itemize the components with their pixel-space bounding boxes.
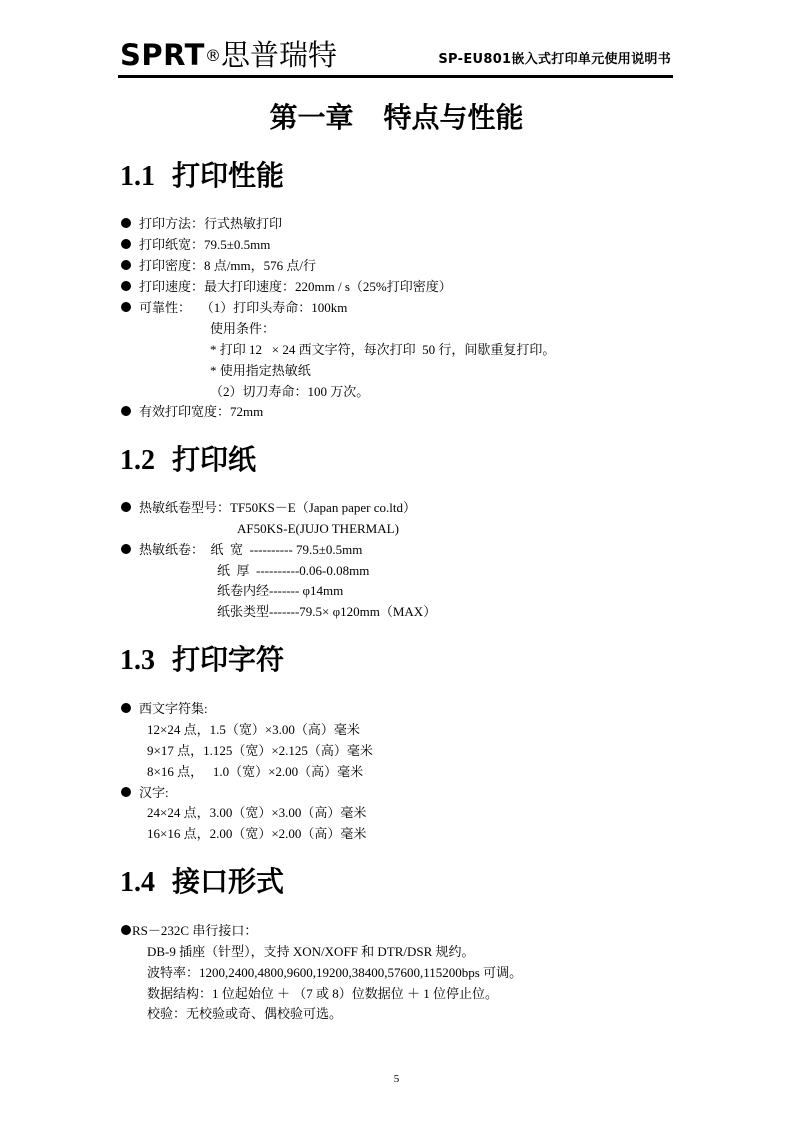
list-item: 9×17 点，1.125（宽）×2.125（高）毫米 bbox=[147, 741, 373, 761]
list-item: 24×24 点，3.00（宽）×3.00（高）毫米 bbox=[147, 803, 366, 823]
section-heading-1-4: 1.4接口形式 bbox=[120, 864, 284, 901]
bullet-icon bbox=[121, 239, 131, 249]
header-rule bbox=[118, 75, 673, 78]
chapter-number: 第一章 bbox=[269, 101, 353, 134]
list-item: 有效打印宽度：72mm bbox=[121, 402, 263, 422]
list-item: 西文字符集: bbox=[121, 699, 208, 719]
bullet-icon bbox=[121, 703, 131, 713]
list-item: 打印方法：行式热敏打印 bbox=[121, 214, 282, 234]
list-item: 打印纸宽：79.5±0.5mm bbox=[121, 235, 270, 255]
bullet-icon bbox=[121, 925, 131, 935]
list-item: * 使用指定热敏纸 bbox=[210, 361, 311, 381]
list-item: RS－232C 串行接口： bbox=[121, 921, 257, 941]
list-item: 热敏纸卷型号：TF50KS－E（Japan paper co.ltd） bbox=[121, 498, 416, 518]
list-item: 汉字: bbox=[121, 783, 169, 803]
list-item: 可靠性： （1）打印头寿命：100km bbox=[121, 298, 347, 318]
list-item: DB-9 插座（针型），支持 XON/XOFF 和 DTR/DSR 规约。 bbox=[147, 942, 475, 962]
list-item: 校验：无校验或奇、偶校验可选。 bbox=[147, 1004, 342, 1024]
list-item: 纸张类型-------79.5× φ120mm（MAX） bbox=[217, 602, 436, 622]
list-item: 16×16 点，2.00（宽）×2.00（高）毫米 bbox=[147, 824, 366, 844]
list-item: 8×16 点， 1.0（宽）×2.00（高）毫米 bbox=[147, 762, 363, 782]
bullet-icon bbox=[121, 502, 131, 512]
list-item: AF50KS-E(JUJO THERMAL) bbox=[237, 519, 399, 539]
section-heading-1-1: 1.1打印性能 bbox=[120, 158, 284, 195]
brand-latin: SPRT bbox=[120, 38, 205, 72]
page-header: SPRT®思普瑞特 SP-EU801嵌入式打印单元使用说明书 bbox=[118, 34, 673, 76]
document-title: SP-EU801嵌入式打印单元使用说明书 bbox=[438, 52, 671, 68]
chapter-title: 特点与性能 bbox=[384, 101, 524, 134]
list-item: 打印速度：最大打印速度：220mm / s（25%打印密度） bbox=[121, 277, 452, 297]
bullet-icon bbox=[121, 281, 131, 291]
chapter-heading: 第一章特点与性能 bbox=[0, 100, 793, 136]
section-heading-1-2: 1.2打印纸 bbox=[120, 442, 256, 479]
list-item: 波特率：1200,2400,4800,9600,19200,38400,5760… bbox=[147, 963, 522, 983]
list-item: * 打印 12 × 24 西文字符，每次打印 50 行，间歇重复打印。 bbox=[210, 340, 555, 360]
bullet-icon bbox=[121, 787, 131, 797]
list-item: 热敏纸卷： 纸 宽 ---------- 79.5±0.5mm bbox=[121, 540, 362, 560]
list-item: 打印密度：8 点/mm，576 点/行 bbox=[121, 256, 316, 276]
bullet-icon bbox=[121, 406, 131, 416]
bullet-icon bbox=[121, 260, 131, 270]
list-item: 数据结构：1 位起始位 ＋ （7 或 8）位数据位 ＋ 1 位停止位。 bbox=[147, 984, 498, 1004]
bullet-icon bbox=[121, 544, 131, 554]
registered-mark: ® bbox=[205, 46, 221, 65]
brand-chinese: 思普瑞特 bbox=[221, 38, 337, 72]
list-item: 纸 厚 ----------0.06-0.08mm bbox=[217, 561, 369, 581]
bullet-icon bbox=[121, 218, 131, 228]
section-heading-1-3: 1.3打印字符 bbox=[120, 642, 284, 679]
bullet-icon bbox=[121, 302, 131, 312]
list-item: 使用条件： bbox=[210, 319, 275, 339]
list-item: 12×24 点，1.5（宽）×3.00（高）毫米 bbox=[147, 720, 360, 740]
brand-logo: SPRT®思普瑞特 bbox=[120, 38, 337, 72]
page-number: 5 bbox=[0, 1072, 793, 1086]
list-item: （2）切刀寿命：100 万次。 bbox=[210, 382, 369, 402]
list-item: 纸卷内经------- φ14mm bbox=[217, 581, 343, 601]
